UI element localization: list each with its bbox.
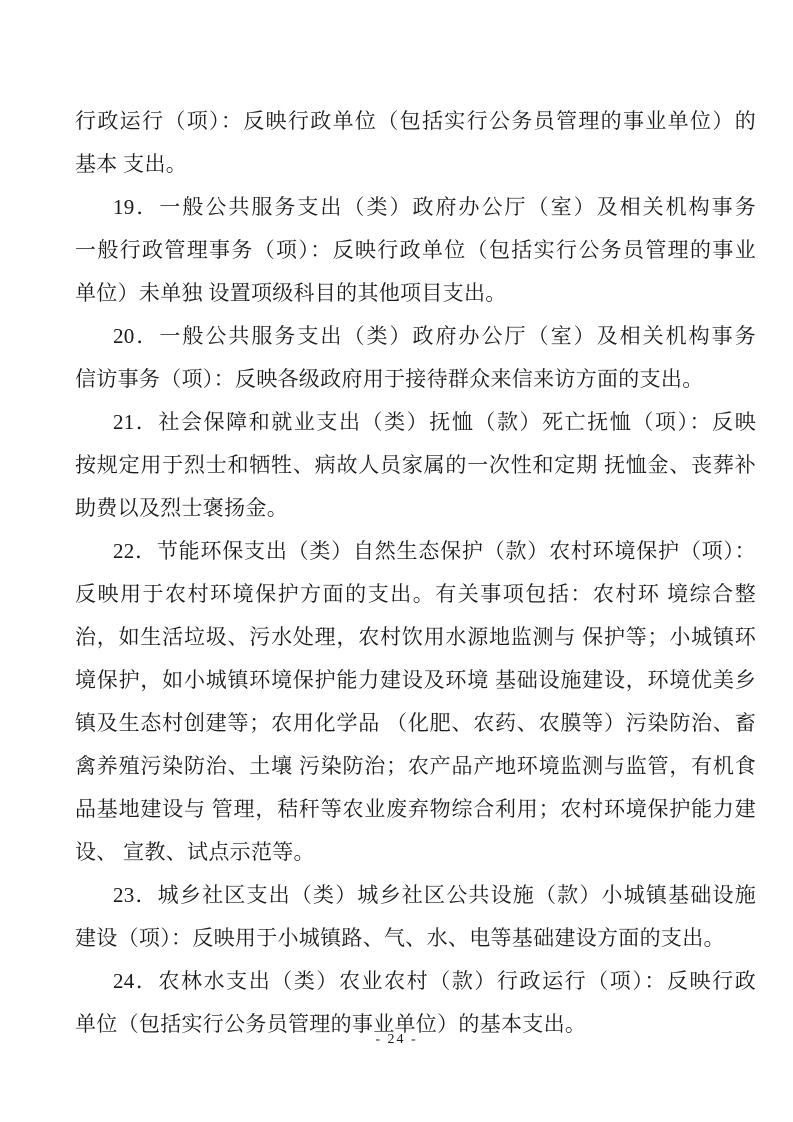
document-body: 行政运行（项）：反映行政单位（包括实行公务员管理的事业单位）的基本 支出。19．… [75,100,756,1046]
text-line: 23．城乡社区支出（类）城乡社区公共设施（款）小城镇基础设施 [75,874,756,917]
text-line: 基本 支出。 [75,143,756,186]
text-line: 境保护，如小城镇环境保护能力建设及环境 基础设施建设，环境优美乡 [75,659,756,702]
text-line: 一般行政管理事务（项）：反映行政单位（包括实行公务员管理的事业 [75,229,756,272]
text-line: 信访事务（项）：反映各级政府用于接待群众来信来访方面的支出。 [75,358,756,401]
page-footer: - 24 - [0,1030,793,1048]
text-line: 品基地建设与 管理，秸秆等农业废弃物综合利用；农村环境保护能力建 [75,788,756,831]
text-line: 设、 宣教、试点示范等。 [75,831,756,874]
text-line: 镇及生态村创建等；农用化学品 （化肥、农药、农膜等）污染防治、畜 [75,702,756,745]
text-line: 24．农林水支出（类）农业农村（款）行政运行（项）：反映行政 [75,960,756,1003]
text-line: 按规定用于烈士和牺牲、病故人员家属的一次性和定期 抚恤金、丧葬补 [75,444,756,487]
text-line: 行政运行（项）：反映行政单位（包括实行公务员管理的事业单位）的 [75,100,756,143]
document-page: 行政运行（项）：反映行政单位（包括实行公务员管理的事业单位）的基本 支出。19．… [0,0,793,1122]
text-line: 治，如生活垃圾、污水处理，农村饮用水源地监测与 保护等；小城镇环 [75,616,756,659]
text-line: 反映用于农村环境保护方面的支出。有关事项包括：农村环 境综合整 [75,573,756,616]
text-line: 19．一般公共服务支出（类）政府办公厅（室）及相关机构事务（款） [75,186,756,229]
text-line: 22．节能环保支出（类）自然生态保护（款）农村环境保护（项）： [75,530,756,573]
text-line: 21．社会保障和就业支出（类）抚恤（款）死亡抚恤（项）：反映 [75,401,756,444]
text-line: 20．一般公共服务支出（类）政府办公厅（室）及相关机构事务（款） [75,315,756,358]
text-line: 禽养殖污染防治、土壤 污染防治；农产品产地环境监测与监管，有机食 [75,745,756,788]
text-line: 助费以及烈士褒扬金。 [75,487,756,530]
text-line: 单位）未单独 设置项级科目的其他项目支出。 [75,272,756,315]
page-number: - 24 - [375,1032,417,1047]
text-line: 建设（项）：反映用于小城镇路、气、水、电等基础建设方面的支出。 [75,917,756,960]
